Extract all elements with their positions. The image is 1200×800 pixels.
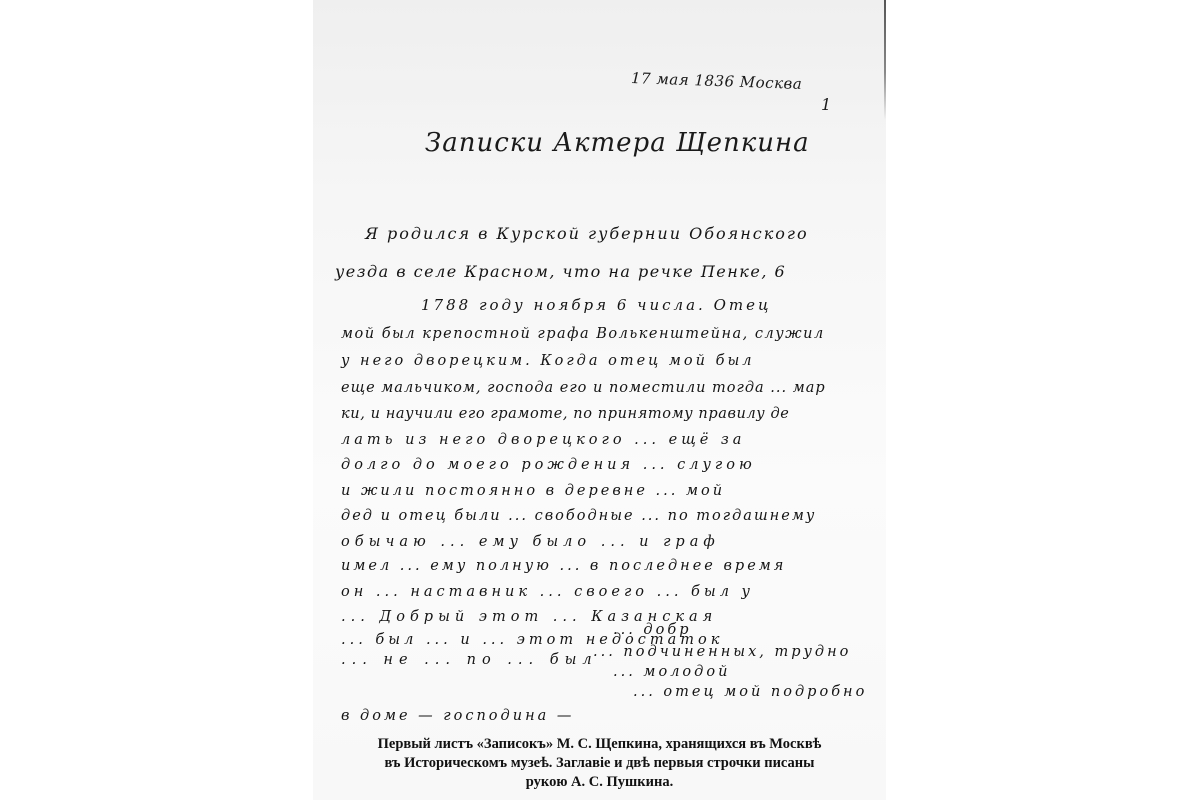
handwritten-line: он ... наставник ... своего ... был у [341, 584, 754, 600]
date-line: 17 мая 1836 Москва [631, 69, 803, 93]
manuscript-title: Записки Актера Щепкина [425, 128, 810, 158]
handwritten-line: еще мальчиком, господа его и поместили т… [341, 380, 826, 396]
handwritten-line: ... подчиненных, трудно [593, 644, 851, 660]
handwritten-line: мой был крепостной графа Волькенштейна, … [341, 326, 825, 342]
pushkin-line-2: уезда в селе Красном, что на речке Пенке… [335, 262, 786, 281]
handwritten-line: ... молодой [613, 664, 730, 680]
handwritten-line: лать из него дворецкого ... ещё за [341, 432, 745, 448]
caption-line-1: Первый листъ «Записокъ» М. С. Щепкина, х… [313, 735, 886, 754]
caption: Первый листъ «Записокъ» М. С. Щепкина, х… [313, 735, 886, 792]
caption-line-2: въ Историческомъ музеѣ. Заглавіе и двѣ п… [313, 754, 886, 773]
caption-line-3: рукою А. С. Пушкина. [313, 773, 886, 792]
handwritten-line: в доме — господина — [341, 708, 574, 724]
handwritten-line: обычаю ... ему было ... и граф [341, 534, 720, 550]
handwritten-line: и жили постоянно в деревне ... мой [341, 483, 725, 499]
handwritten-line: долго до моего рождения ... слугою [341, 457, 756, 473]
handwritten-line: имел ... ему полную ... в последнее врем… [341, 558, 786, 574]
pushkin-line-1: Я родился в Курской губернии Обоянского [365, 224, 809, 243]
handwritten-line: у него дворецким. Когда отец мой был [341, 353, 755, 369]
handwritten-line: ... добр [613, 622, 692, 638]
handwritten-line: ки, и научили его грамоте, по принятому … [341, 406, 790, 422]
page-number: 1 [821, 95, 832, 114]
handwritten-line: дед и отец были ... свободные ... по тог… [341, 508, 816, 524]
handwritten-line: ... не ... по ... был [341, 652, 598, 668]
handwritten-line: 1788 году ноября 6 числа. Отец [421, 296, 771, 314]
manuscript-page: 17 мая 1836 Москва 1 Записки Актера Щепк… [313, 0, 886, 800]
